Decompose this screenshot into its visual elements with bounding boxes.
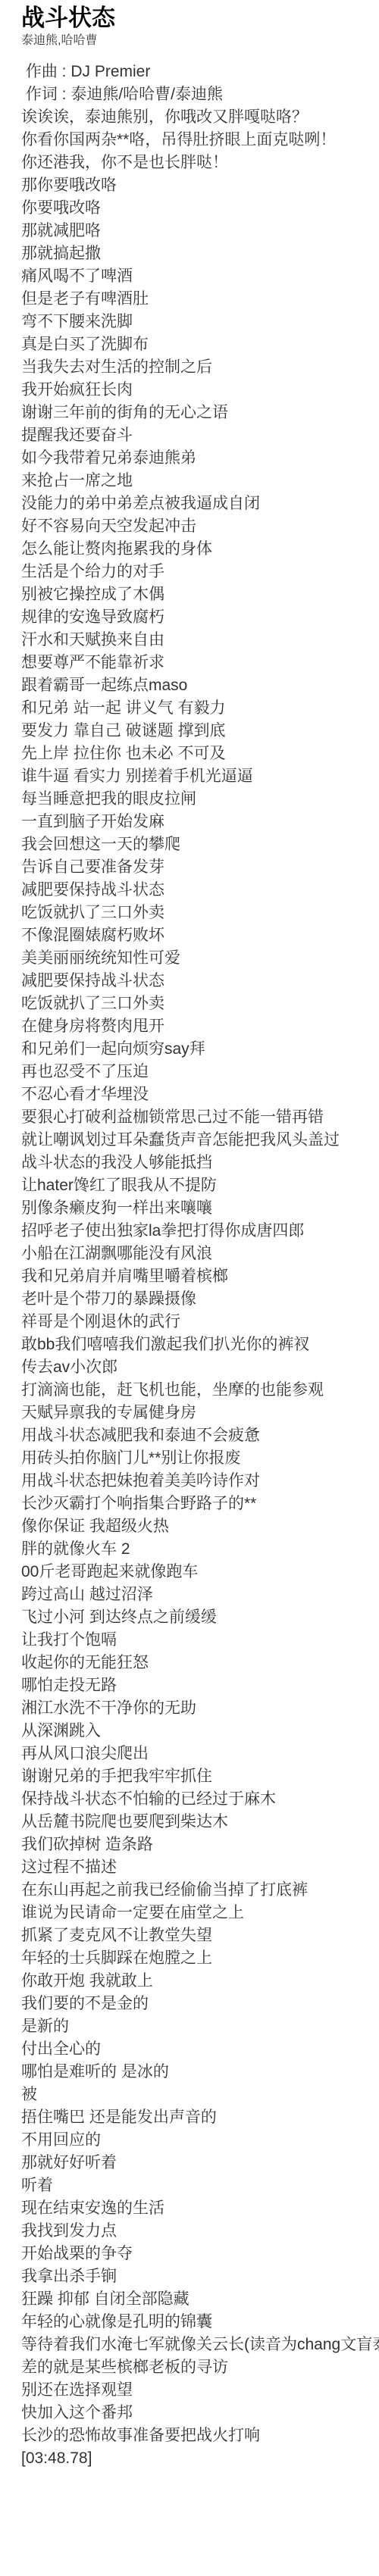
lyric-line: 00斤老哥跑起来就像跑车 — [21, 1561, 379, 1583]
lyric-line: 美美丽丽统统知性可爱 — [21, 947, 379, 970]
lyric-line: 当我失去对生活的控制之后 — [21, 356, 379, 379]
lyric-line: 告诉自己要准备发芽 — [21, 856, 379, 879]
lyric-line: 年轻的士兵脚踩在炮膛之上 — [21, 1947, 379, 1970]
lyric-line: 别还在选择观望 — [21, 2379, 379, 2402]
lyric-line: 你敢开炮 我就敢上 — [21, 1970, 379, 1993]
lyric-line: 在东山再起之前我已经偷偷当掉了打底裤 — [21, 1879, 379, 1902]
lyric-line: 别像条癞皮狗一样出来嚷嚷 — [21, 1197, 379, 1220]
lyric-line: 传去av小次郎 — [21, 1356, 379, 1379]
lyric-line: 让hater馋红了眼我从不提防 — [21, 1174, 379, 1197]
lyric-line: 提醒我还要奋斗 — [21, 424, 379, 447]
lyric-line: 规律的安逸导致腐朽 — [21, 606, 379, 629]
lyric-line: 湘江水洗不干净你的无助 — [21, 1697, 379, 1720]
lyric-line: 每当睡意把我的眼皮拉闸 — [21, 788, 379, 811]
lyric-line: 你要哦改咯 — [21, 197, 379, 220]
lyric-line: 不用回应的 — [21, 2129, 379, 2152]
lyric-line: 谁牛逼 看实力 别搓着手机光逼逼 — [21, 765, 379, 788]
lyric-line: 像你保证 我超级火热 — [21, 1515, 379, 1538]
lyric-line: 吃饭就扒了三口外卖 — [21, 993, 379, 1015]
lyric-line: 那你要哦改咯 — [21, 174, 379, 197]
lyric-line: 减肥要保持战斗状态 — [21, 879, 379, 902]
lyric-line: 谁说为民请命一定要在庙堂之上 — [21, 1902, 379, 1924]
lyric-line: 别被它操控成了木偶 — [21, 583, 379, 606]
lyric-line: 诶诶诶，泰迪熊别，你哦改又胖嘎哒咯？ — [21, 106, 379, 129]
lyric-line: 不像混圈婊腐朽败坏 — [21, 924, 379, 947]
lyric-line: 不忍心看才华埋没 — [21, 1083, 379, 1106]
lyric-line: 年轻的心就像是孔明的锦囊 — [21, 2311, 379, 2334]
lyric-line: 好不容易向天空发起冲击 — [21, 515, 379, 538]
lyric-line: 保持战斗状态不怕输的已经过于麻木 — [21, 1788, 379, 1811]
lyric-line: 就让嘲讽划过耳朵蠢货声音怎能把我风头盖过 — [21, 1129, 379, 1152]
lyric-line: 祥哥是个刚退休的武行 — [21, 1311, 379, 1333]
lyrics-container: 作曲 : DJ Premier 作词 : 泰迪熊/哈哈曹/泰迪熊诶诶诶，泰迪熊别… — [21, 61, 379, 2470]
lyric-line: 胖的就像火车 2 — [21, 1538, 379, 1561]
lyric-line: 付出全心的 — [21, 2038, 379, 2061]
lyric-line: 我们砍掉树 造条路 — [21, 1834, 379, 1856]
lyric-line: 我拿出杀手锏 — [21, 2265, 379, 2288]
lyric-line: 但是老子有啤酒肚 — [21, 288, 379, 311]
lyric-line: 狂躁 抑郁 自闭全部隐藏 — [21, 2288, 379, 2311]
lyric-line: 弯不下腰来洗脚 — [21, 311, 379, 333]
lyric-line: 打滴滴也能，赶飞机也能，坐摩的也能参观 — [21, 1379, 379, 1402]
lyric-line: 用战斗状态减肥我和泰迪不会疲惫 — [21, 1424, 379, 1447]
lyric-line: 再从风口浪尖爬出 — [21, 1743, 379, 1765]
lyric-line: 怎么能让赘肉拖累我的身体 — [21, 538, 379, 561]
lyric-line: [03:48.78] — [21, 2447, 379, 2470]
lyric-line: 我会回想这一天的攀爬 — [21, 833, 379, 856]
lyric-line: 你还港我，你不是也长胖哒！ — [21, 152, 379, 174]
lyric-line: 长沙灭霸打个响指集合野路子的** — [21, 1493, 379, 1515]
lyric-line: 想要尊严不能靠祈求 — [21, 652, 379, 674]
lyric-line: 要发力 靠自己 破谜题 撑到底 — [21, 720, 379, 742]
lyric-line: 抓紧了麦克风不让教堂失望 — [21, 1924, 379, 1947]
lyric-line: 来抢占一席之地 — [21, 470, 379, 492]
lyric-line: 再也忍受不了压迫 — [21, 1061, 379, 1083]
lyric-line: 飞过小河 到达终点之前缓缓 — [21, 1606, 379, 1629]
lyric-line: 长沙的恐怖故事准备要把战火打响 — [21, 2424, 379, 2447]
lyric-line: 和兄弟 站一起 讲义气 有毅力 — [21, 697, 379, 720]
lyric-line: 跨过高山 越过沼泽 — [21, 1583, 379, 1606]
lyric-line: 汗水和天赋换来自由 — [21, 629, 379, 652]
lyric-line: 我和兄弟肩并肩嘴里嚼着槟榔 — [21, 1265, 379, 1288]
lyric-line: 捂住嘴巴 还是能发出声音的 — [21, 2106, 379, 2129]
lyric-line: 老叶是个带刀的暴躁摄像 — [21, 1288, 379, 1311]
lyric-line: 我们要的不是金的 — [21, 1993, 379, 2015]
lyric-line: 用战斗状态把妹抱着美美吟诗作对 — [21, 1470, 379, 1493]
lyric-line: 天赋异禀我的专属健身房 — [21, 1402, 379, 1424]
lyric-line: 招呼老子使出独家la拳把打得你成唐四郎 — [21, 1220, 379, 1243]
lyric-line: 先上岸 拉住你 也未必 不可及 — [21, 742, 379, 765]
lyric-line: 听着 — [21, 2174, 379, 2197]
lyrics-page: 战斗状态 泰迪熊,哈哈曹 作曲 : DJ Premier 作词 : 泰迪熊/哈哈… — [0, 0, 379, 2576]
lyric-line: 开始战栗的争夺 — [21, 2243, 379, 2265]
lyric-line: 这过程不描述 — [21, 1856, 379, 1879]
lyric-line: 等待着我们水淹七军就像关云长(读音为chang文盲泰迪 — [21, 2334, 379, 2356]
lyric-line: 那就减肥咯 — [21, 220, 379, 242]
lyric-line: 生活是个给力的对手 — [21, 561, 379, 583]
lyric-line: 战斗状态的我没人够能抵挡 — [21, 1152, 379, 1174]
lyric-line: 如今我带着兄弟泰迪熊弟 — [21, 447, 379, 470]
lyric-line: 让我打个饱嗝 — [21, 1629, 379, 1652]
lyric-line: 那就好好听着 — [21, 2152, 379, 2174]
lyric-line: 要狠心打破利益枷锁常思己过不能一错再错 — [21, 1106, 379, 1129]
lyric-line: 谢谢兄弟的手把我牢牢抓住 — [21, 1765, 379, 1788]
lyric-line: 真是白买了洗脚布 — [21, 333, 379, 356]
lyric-line: 哪怕是难听的 是冰的 — [21, 2061, 379, 2084]
lyric-line: 敢bb我们嘻嘻我们激起我们扒光你的裤衩 — [21, 1333, 379, 1356]
lyric-line: 那就搞起撒 — [21, 242, 379, 265]
lyric-line: 差的就是某些槟榔老板的寻访 — [21, 2356, 379, 2379]
lyric-line: 我开始疯狂长肉 — [21, 379, 379, 402]
lyric-line: 跟着霸哥一起练点maso — [21, 674, 379, 697]
song-artist: 泰迪熊,哈哈曹 — [21, 33, 379, 48]
lyric-line: 从深渊跳入 — [21, 1720, 379, 1743]
lyric-line: 是新的 — [21, 2015, 379, 2038]
lyric-line: 作曲 : DJ Premier — [21, 61, 379, 83]
lyric-line: 被 — [21, 2084, 379, 2106]
lyric-line: 一直到脑子开始发麻 — [21, 811, 379, 833]
lyric-line: 吃饭就扒了三口外卖 — [21, 902, 379, 924]
lyric-line: 在健身房将赘肉甩开 — [21, 1015, 379, 1038]
lyric-line: 和兄弟们一起向烦穷say拜 — [21, 1038, 379, 1061]
lyric-line: 痛风喝不了啤酒 — [21, 265, 379, 288]
lyric-line: 没能力的弟中弟差点被我逼成自闭 — [21, 492, 379, 515]
lyric-line: 哪怕走投无路 — [21, 1674, 379, 1697]
lyric-line: 用砖头拍你脑门儿**别让你报废 — [21, 1447, 379, 1470]
lyric-line: 减肥要保持战斗状态 — [21, 970, 379, 993]
lyric-line: 谢谢三年前的街角的无心之语 — [21, 402, 379, 424]
lyric-line: 收起你的无能狂怒 — [21, 1652, 379, 1674]
lyric-line: 我找到发力点 — [21, 2220, 379, 2243]
lyric-line: 小船在江湖飘哪能没有风浪 — [21, 1243, 379, 1265]
lyric-line: 作词 : 泰迪熊/哈哈曹/泰迪熊 — [21, 83, 379, 106]
lyric-line: 现在结束安逸的生活 — [21, 2197, 379, 2220]
lyric-line: 你看你国两杂**咯，吊得肚挤眼上面克哒咧！ — [21, 129, 379, 152]
lyric-line: 从岳麓书院爬也要爬到柴达木 — [21, 1811, 379, 1834]
song-title: 战斗状态 — [21, 5, 379, 32]
lyric-line: 快加入这个番邦 — [21, 2402, 379, 2424]
